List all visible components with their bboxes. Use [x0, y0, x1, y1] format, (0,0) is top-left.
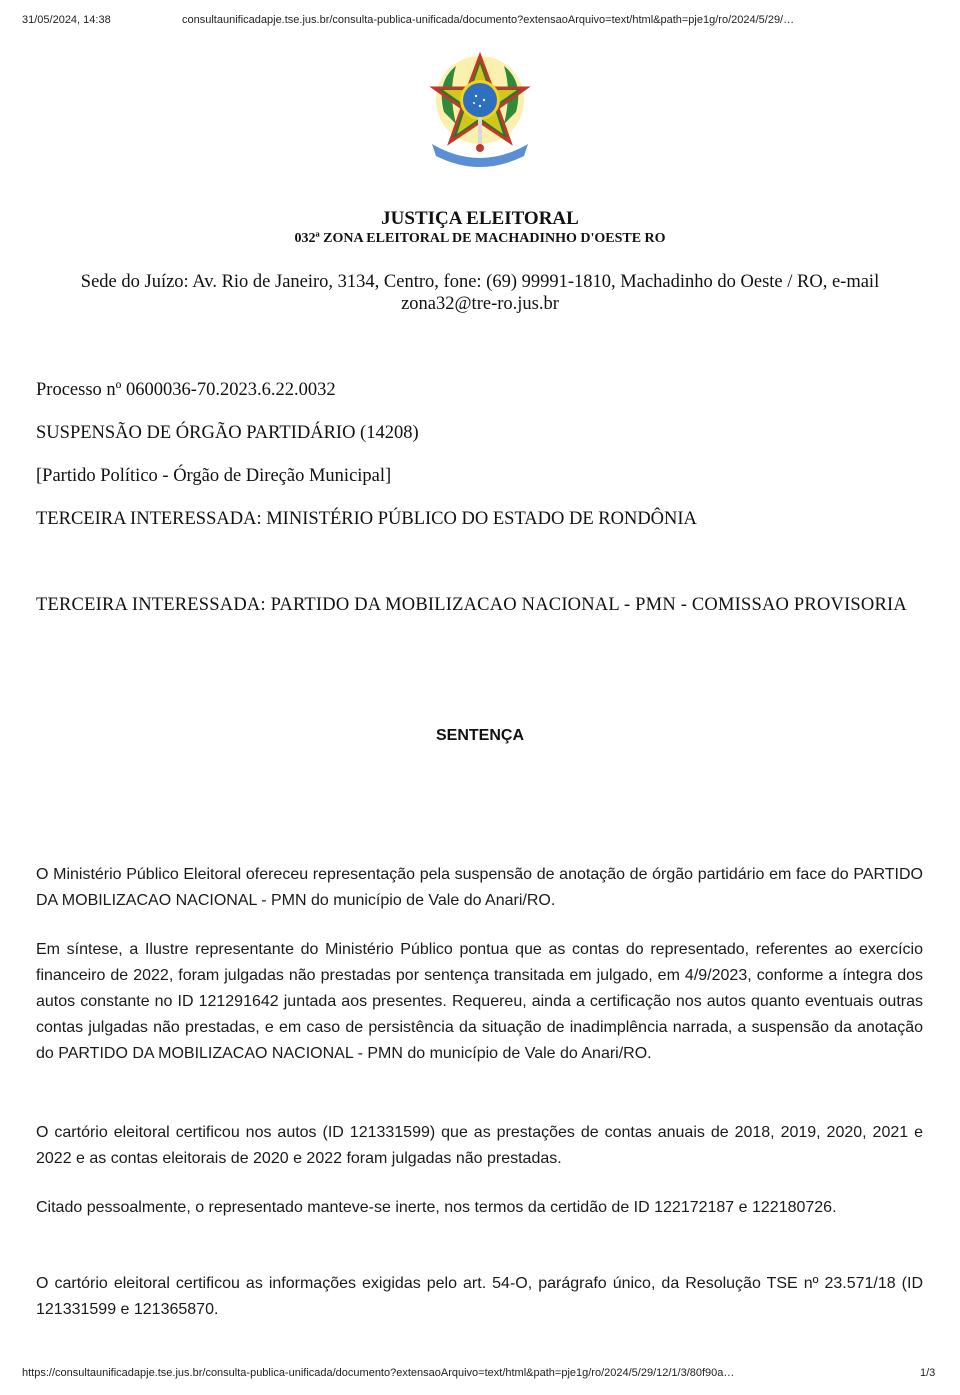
court-title: JUSTIÇA ELEITORAL — [0, 208, 960, 230]
paragraph: Em síntese, a Ilustre representante do M… — [36, 937, 923, 1067]
case-class: SUSPENSÃO DE ÓRGÃO PARTIDÁRIO (14208) — [36, 422, 419, 444]
brazil-coat-of-arms-icon — [426, 52, 534, 172]
print-datetime: 31/05/2024, 14:38 — [22, 14, 111, 26]
paragraph: O Ministério Público Eleitoral ofereceu … — [36, 862, 923, 914]
paragraph: O cartório eleitoral certificou as infor… — [36, 1271, 923, 1323]
print-header: 31/05/2024, 14:38 consultaunificadapje.t… — [0, 14, 960, 30]
document-title: SENTENÇA — [0, 727, 960, 745]
court-address: Sede do Juízo: Av. Rio de Janeiro, 3134,… — [36, 271, 924, 315]
case-subject: [Partido Político - Órgão de Direção Mun… — [36, 465, 391, 487]
party-1: TERCEIRA INTERESSADA: MINISTÉRIO PÚBLICO… — [36, 508, 697, 530]
process-number: Processo nº 0600036-70.2023.6.22.0032 — [36, 379, 336, 401]
paragraph: O cartório eleitoral certificou nos auto… — [36, 1120, 923, 1172]
paragraph: Citado pessoalmente, o representado mant… — [36, 1195, 923, 1221]
email-line: zona32@tre-ro.jus.br — [36, 293, 924, 315]
court-header: JUSTIÇA ELEITORAL 032ª ZONA ELEITORAL DE… — [0, 208, 960, 248]
footer-url: https://consultaunificadapje.tse.jus.br/… — [22, 1367, 894, 1379]
print-footer: https://consultaunificadapje.tse.jus.br/… — [0, 1367, 960, 1383]
court-subtitle: 032ª ZONA ELEITORAL DE MACHADINHO D'OEST… — [0, 230, 960, 248]
address-line: Sede do Juízo: Av. Rio de Janeiro, 3134,… — [36, 271, 924, 293]
party-2: TERCEIRA INTERESSADA: PARTIDO DA MOBILIZ… — [36, 594, 923, 616]
page-number: 1/3 — [920, 1367, 935, 1379]
print-url: consultaunificadapje.tse.jus.br/consulta… — [182, 14, 934, 26]
